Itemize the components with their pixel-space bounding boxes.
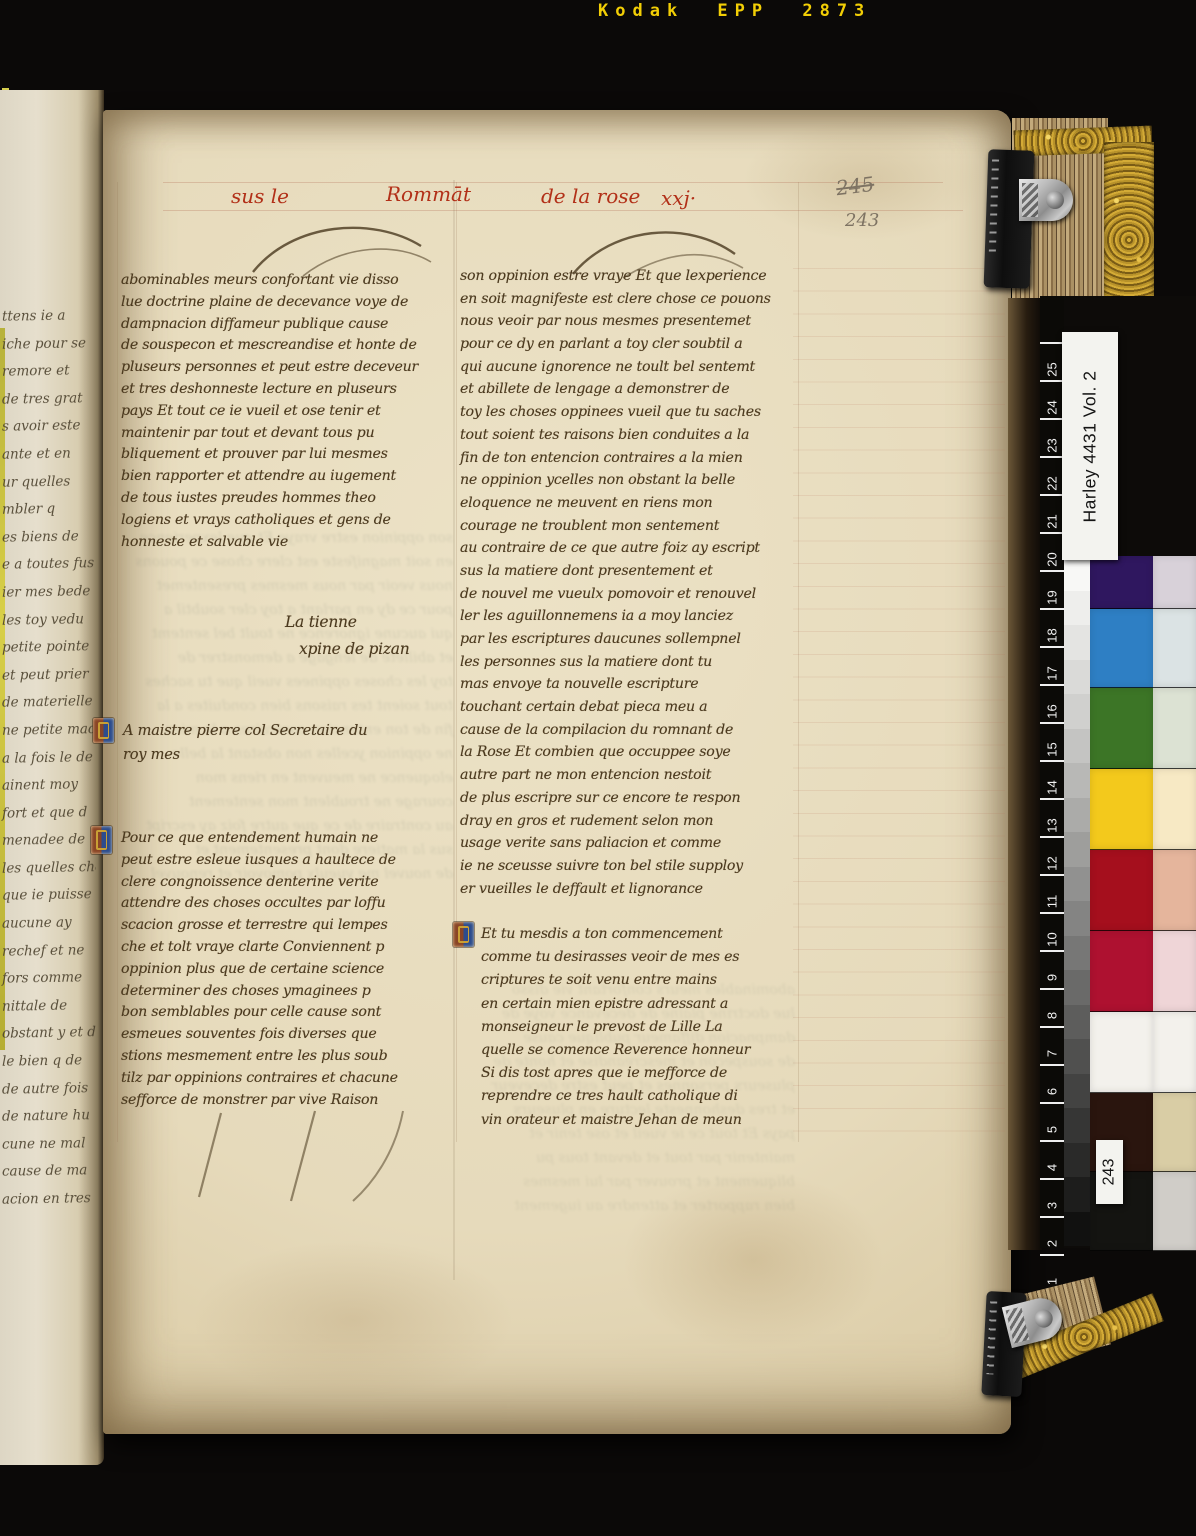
manuscript-line: bon semblables pour celle cause sont (121, 1004, 457, 1026)
manuscript-line: monseigneur le prevost de Lille La (481, 1019, 811, 1042)
color-patch-red (1153, 931, 1196, 1012)
illuminated-paraph-icon (453, 922, 474, 947)
address-block: A maistre pierre col Secretaire du roy m… (123, 722, 367, 770)
manuscript-line: la Rose Et combien que occuppee soye (460, 744, 800, 767)
grayscale-step (1064, 694, 1090, 729)
color-patch-violet (1153, 556, 1196, 609)
film-frame-label: Kodak EPP 2873 (598, 1, 938, 21)
manuscript-line: de tous iustes preudes hommes theo (121, 490, 457, 512)
foliation-old-number: 245 (835, 172, 876, 200)
illuminated-paraph-icon (91, 826, 112, 854)
grayscale-step (1064, 591, 1090, 626)
address-line: roy mes (123, 746, 367, 770)
manuscript-line: tilz par oppinions contraires et chacune (121, 1070, 457, 1092)
manuscript-line: maintenir par tout et devant tous pu (121, 425, 457, 447)
prev-page-text-fragment: ne petite macl (0, 721, 96, 750)
left-column-paragraph-2: Pour ce que entendement humain nepeut es… (121, 830, 457, 1113)
color-patch-white (1090, 1012, 1153, 1093)
grayscale-step (1064, 1177, 1090, 1212)
manuscript-line: ler les aguillonnemens ia a moy lanciez (460, 608, 800, 631)
manuscript-line: toy les choses oppinees vueil que tu sac… (460, 404, 800, 427)
ruler-tick: 24 (1040, 380, 1064, 418)
manuscript-line: dampnacion diffameur publique cause (121, 316, 457, 338)
page-clip-top-clasp (1019, 179, 1073, 221)
grayscale-step (1064, 1074, 1090, 1109)
grayscale-step (1064, 798, 1090, 833)
manuscript-line: cause de la compilacion du romnant de (460, 722, 800, 745)
manuscript-line: bliquement et prouver par lui mesmes (121, 446, 457, 468)
prev-page-text-fragment: que ie puisse (0, 887, 96, 916)
manuscript-line: usage verite sans paliacion et comme (460, 835, 800, 858)
grayscale-step (1064, 729, 1090, 764)
manuscript-line: de plus escripre sur ce encore te respon (460, 790, 800, 813)
show-through-line: toy les choses oppinees vueil que tu sac… (119, 674, 453, 698)
color-patch-crimson (1153, 850, 1196, 931)
prev-page-text-fragment: et peut prier (0, 666, 96, 695)
ruler-tick: 19 (1040, 570, 1064, 608)
ruler-tick: 20 (1040, 532, 1064, 570)
ruler-tick: 9 (1040, 950, 1064, 988)
manuscript-line: clere congnoissence denterine verite (121, 874, 457, 896)
show-through-line: maintenir par tout et devant tous pu (461, 1150, 795, 1174)
ruler-tick: 5 (1040, 1102, 1064, 1140)
manuscript-line: comme tu desirasses veoir de mes es (481, 949, 811, 972)
manuscript-line: dray en gros et rudement selon mon (460, 813, 800, 836)
manuscript-line: scacion grosse et terrestre qui lempes (121, 917, 457, 939)
manuscript-line: son oppinion estre vraye Et que lexperie… (460, 268, 800, 291)
manuscript-line: Et tu mesdis a ton commencement (481, 926, 811, 949)
ruler-tick: 17 (1040, 646, 1064, 684)
color-patch-yellow (1090, 769, 1153, 850)
ruler-tick: 8 (1040, 988, 1064, 1026)
manuscript-line: esmeues souventes fois diverses que (121, 1026, 457, 1048)
ruler-tick: 11 (1040, 874, 1064, 912)
ruler-tick: 18 (1040, 608, 1064, 646)
prev-page-text-fragment: rechef et ne (0, 942, 96, 971)
ruler-tick: 13 (1040, 798, 1064, 836)
manuscript-line: stions mesmement entre les plus soub (121, 1048, 457, 1070)
color-patches-pastel (1153, 296, 1196, 1251)
prev-page-text-fragment: a la fois le de (0, 749, 96, 778)
color-patch-black-header (1153, 296, 1196, 556)
photograph-stage: Kodak EPP 2873 ttens ie aiche pour serem… (0, 0, 1196, 1536)
color-patch-green (1090, 688, 1153, 769)
grayscale-step (1064, 1039, 1090, 1074)
manuscript-page: sus le Rommāt de la rose xxj· 245 243 so… (103, 110, 1011, 1434)
manuscript-line: mas envoye ta nouvelle escripture (460, 676, 800, 699)
grayscale-step (1064, 1108, 1090, 1143)
show-through-line: tout soient tes raisons bien conduites a… (119, 698, 453, 722)
ruling-lines-margin (793, 268, 1005, 1148)
manuscript-line: autre part ne mon entencion nestoit (460, 767, 800, 790)
prev-page-text-fragment: s avoir este (0, 418, 96, 447)
manuscript-line: Pour ce que entendement humain ne (121, 830, 457, 852)
prev-page-text-fragment: cune ne mal (0, 1135, 96, 1164)
previous-page-edge: ttens ie aiche pour seremore etde tres g… (0, 90, 104, 1465)
prev-page-text-fragment: de tres grat (0, 390, 96, 419)
running-title-part: sus le (231, 184, 289, 208)
ruling-line-vertical (117, 182, 118, 1142)
grayscale-step (1064, 763, 1090, 798)
manuscript-line: criptures te soit venu entre mains (481, 972, 811, 995)
prev-page-text-fragment: acion en tres (0, 1190, 96, 1219)
gutter-shadow (1008, 298, 1042, 1250)
manuscript-line: fin de ton entencion contraires a la mie… (460, 450, 800, 473)
prev-page-text-fragment: de nature hu (0, 1107, 96, 1136)
signature-line: xpine de pizan (285, 640, 410, 667)
manuscript-line: logiens et vrays catholiques et gens de (121, 512, 457, 534)
color-patch-blue (1090, 609, 1153, 688)
prev-page-text-fragment: cause de ma (0, 1163, 96, 1192)
manuscript-line: en soit magnifeste est clere chose ce po… (460, 291, 800, 314)
manuscript-line: abominables meurs confortant vie disso (121, 272, 457, 294)
ruler-tick: 1 (1040, 1254, 1064, 1292)
grayscale-step (1064, 1143, 1090, 1178)
prev-page-text-fragment: le bien q de (0, 1052, 96, 1081)
grayscale-step (1064, 901, 1090, 936)
prev-page-text-fragment: nittale de (0, 997, 96, 1026)
ruler-tick: 4 (1040, 1140, 1064, 1178)
grayscale-step (1064, 867, 1090, 902)
prev-page-text-fragment: obstant y et de (0, 1025, 96, 1054)
ruler-tick: 22 (1040, 456, 1064, 494)
color-patch-yellow (1153, 769, 1196, 850)
color-patch-blue (1153, 609, 1196, 688)
color-patch-white (1153, 1012, 1196, 1093)
manuscript-line: en certain mien epistre adressant a (481, 996, 811, 1019)
prev-page-text-fragment: de autre fois (0, 1080, 96, 1109)
manuscript-line: peut estre esleue iusques a haultece de (121, 852, 457, 874)
ruler-tick: 16 (1040, 684, 1064, 722)
manuscript-line: sus la matiere dont presentement et (460, 563, 800, 586)
clip-serial-text (989, 159, 999, 256)
prev-page-text-fragment: ainent moy (0, 776, 96, 805)
manuscript-line: che et tolt vraye clarte Conviennent p (121, 939, 457, 961)
ruling-line (163, 210, 963, 211)
manuscript-line: eloquence ne meuvent en riens mon (460, 495, 800, 518)
signature-line: La tienne (285, 613, 410, 640)
manuscript-line: quelle se comence Reverence honneur (481, 1042, 811, 1065)
parchment-stain (193, 1240, 513, 1400)
manuscript-line: attendre des choses occultes par loffu (121, 895, 457, 917)
manuscript-line: determiner des choses ymaginees p (121, 983, 457, 1005)
ruler-tick: 3 (1040, 1178, 1064, 1216)
ruler-tick: 6 (1040, 1064, 1064, 1102)
running-title-part: de la rose (541, 184, 640, 208)
color-patch-green (1153, 688, 1196, 769)
manuscript-line: ne oppinion ycelles non obstant la belle (460, 472, 800, 495)
show-through-line: eloquence ne meuvent en riens mon (119, 770, 453, 794)
prev-page-text-fragment: les quelles chef (0, 859, 96, 888)
manuscript-line: et tres deshonneste lecture en pluseurs (121, 381, 457, 403)
prev-page-text-fragment: iche pour se (0, 335, 96, 364)
ruler-tick: 2 (1040, 1216, 1064, 1254)
ruler-tick: 14 (1040, 760, 1064, 798)
show-through-line: courage ne troublent mon sentement (119, 794, 453, 818)
prev-page-text-fragment: ttens ie a (0, 307, 96, 336)
manuscript-line: qui aucune ignorence ne toult bel sentem… (460, 359, 800, 382)
clip-serial-text (986, 1301, 997, 1374)
running-title-part: xxj· (661, 186, 696, 210)
grayscale-step (1064, 1212, 1090, 1247)
right-column-paragraph-2: Et tu mesdis a ton commencementcomme tu … (481, 926, 811, 1135)
manuscript-line: de nouvel me vueulx pomovoir et renouvel (460, 586, 800, 609)
grayscale-step (1064, 970, 1090, 1005)
folio-sticker: 243 (1096, 1140, 1123, 1204)
ruling-line (163, 182, 943, 183)
shelfmark-sticker: Harley 4431 Vol. 2 (1062, 332, 1118, 560)
prev-page-text-fragment: mbler q (0, 500, 96, 529)
prev-page-text-fragment: ier mes bede (0, 583, 96, 612)
manuscript-line: pluseurs personnes et peut estre deceveu… (121, 359, 457, 381)
manuscript-line: bien rapporter et attendre au iugement (121, 468, 457, 490)
color-patch-violet (1090, 556, 1153, 609)
ruler-tick: 15 (1040, 722, 1064, 760)
manuscript-line: tout soient tes raisons bien conduites a… (460, 427, 800, 450)
running-title-part: Rommāt (386, 182, 471, 206)
grayscale-step (1064, 936, 1090, 971)
manuscript-line: lue doctrine plaine de decevance voye de (121, 294, 457, 316)
right-column-paragraph-1: son oppinion estre vraye Et que lexperie… (460, 268, 800, 903)
manuscript-line: sefforce de monstrer par vive Raison (121, 1092, 457, 1114)
prev-page-text-fragment: petite pointe (0, 638, 96, 667)
prev-page-text-fragment: ur quelles (0, 473, 96, 502)
left-column-paragraph-1: abominables meurs confortant vie dissolu… (121, 272, 457, 555)
ruler-tick: 23 (1040, 418, 1064, 456)
ruler-tick: 21 (1040, 494, 1064, 532)
manuscript-line: reprendre ce tres hault catholique di (481, 1088, 811, 1111)
folio-sticker-label: 243 (1100, 1159, 1118, 1186)
grayscale-step (1064, 1005, 1090, 1040)
show-through-line: bien rapporter et attendre au iugement (461, 1198, 795, 1222)
manuscript-line: au contraire de ce que autre foiz ay esc… (460, 540, 800, 563)
grayscale-step (1064, 625, 1090, 660)
color-patch-dark-brown (1153, 1093, 1196, 1172)
grayscale-step (1064, 556, 1090, 591)
manuscript-line: oppinion plus que de certaine science (121, 961, 457, 983)
manuscript-line: courage ne troublent mon sentement (460, 518, 800, 541)
illuminated-paraph-icon (93, 718, 114, 743)
prev-page-text-fragment: e a toutes fus (0, 556, 96, 585)
grayscale-step (1064, 660, 1090, 695)
foliation-current-number: 243 (845, 210, 879, 231)
ruler-tick: 7 (1040, 1026, 1064, 1064)
prev-page-text-fragment: les toy vedu (0, 611, 96, 640)
manuscript-line: touchant certain debat pieca meu a (460, 699, 800, 722)
grayscale-step (1064, 832, 1090, 867)
prev-page-text-fragment: fors comme (0, 969, 96, 998)
color-patch-black (1153, 1172, 1196, 1251)
prev-page-text-fragment: aucune ay (0, 914, 96, 943)
manuscript-line: pour ce dy en parlant a toy cler soubtil… (460, 336, 800, 359)
prev-page-text-fragment: remore et (0, 362, 96, 391)
manuscript-line: ie ne sceusse suivre ton bel stile suppl… (460, 858, 800, 881)
manuscript-line: nous veoir par nous mesmes presentemet (460, 313, 800, 336)
prev-page-fragments: ttens ie aiche pour seremore etde tres g… (0, 308, 96, 1219)
ruler-tick: 12 (1040, 836, 1064, 874)
manuscript-line: Si dis tost apres que ie mefforce de (481, 1065, 811, 1088)
ruler-tick: 10 (1040, 912, 1064, 950)
prev-page-text-fragment: menadee de (0, 831, 96, 860)
manuscript-line: les personnes sus la matiere dont tu (460, 654, 800, 677)
ruler-cells: 2524232221201918171615141312111098765432… (1040, 342, 1064, 1292)
show-through-line: nous veoir par nous mesmes presentemet (119, 578, 453, 602)
manuscript-line: de souspecon et mescreandise et honte de (121, 337, 457, 359)
signature-block: La tienne xpine de pizan (285, 613, 410, 667)
address-line: A maistre pierre col Secretaire du (123, 722, 367, 746)
ruler-tick: 25 (1040, 342, 1064, 380)
manuscript-line: honneste et salvable vie (121, 534, 457, 556)
prev-page-text-fragment: de materielle (0, 693, 96, 722)
manuscript-line: par les escriptures daucunes sollempnel (460, 631, 800, 654)
show-through-line: bliquement et prouver par lui mesmes (461, 1174, 795, 1198)
manuscript-line: pays Et tout ce ie vueil et ose tenir et (121, 403, 457, 425)
prev-page-text-fragment: fort et que d (0, 804, 96, 833)
calibration-ruler: 2524232221201918171615141312111098765432… (1040, 296, 1064, 1248)
prev-page-text-fragment: es biens de (0, 528, 96, 557)
shelfmark-label: Harley 4431 Vol. 2 (1080, 370, 1101, 522)
manuscript-line: er vueilles le deffault et lignorance (460, 881, 800, 904)
show-through-line: en soit magnifeste est clere chose ce po… (119, 554, 453, 578)
manuscript-line: vin orateur et maistre Jehan de meun (481, 1112, 811, 1135)
color-patch-red (1090, 931, 1153, 1012)
grayscale-steps (1064, 556, 1090, 1246)
manuscript-line: et abillete de lengage a demonstrer de (460, 381, 800, 404)
prev-page-text-fragment: ante et en (0, 445, 96, 474)
color-patch-crimson (1090, 850, 1153, 931)
